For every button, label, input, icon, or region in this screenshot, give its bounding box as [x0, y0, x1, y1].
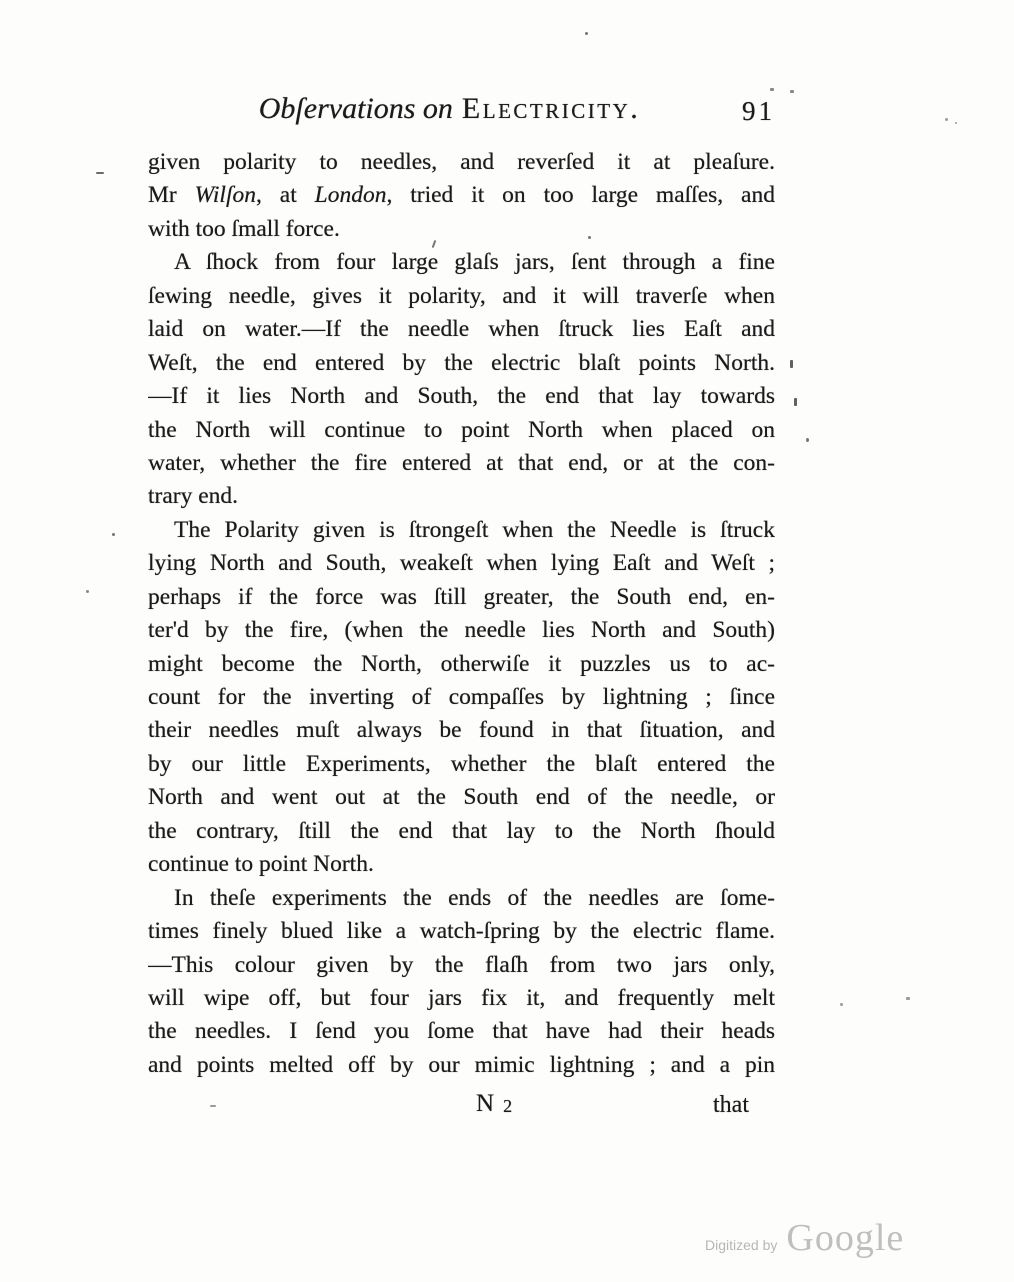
- page-number: 91: [742, 96, 775, 127]
- text-segment: the North will continue to point North w…: [148, 417, 775, 443]
- ink-speck: [210, 1105, 216, 1107]
- text-block: given polarity to needles, and reverſed …: [148, 146, 775, 1082]
- text-line: times finely blued like a watch-ſpring b…: [148, 915, 775, 948]
- text-line: might become the North, otherwiſe it puz…: [148, 648, 775, 681]
- ink-speck: [96, 172, 104, 174]
- ink-speck: [955, 122, 957, 124]
- text-segment: Weſt, the end entered by the electric bl…: [148, 350, 775, 376]
- text-segment: , tried it on too large maſſes, and: [386, 182, 775, 208]
- text-line: continue to point North.: [148, 848, 775, 881]
- text-line: —If it lies North and South, the end tha…: [148, 380, 775, 413]
- ink-speck: [112, 533, 115, 536]
- italic-text-segment: London: [315, 182, 387, 208]
- text-line: Weſt, the end entered by the electric bl…: [148, 347, 775, 380]
- running-title-italic: Obſervations on: [259, 92, 453, 125]
- text-segment: ter'd by the fire, (when the needle lies…: [148, 617, 775, 643]
- text-segment: the contrary, ſtill the end that lay to …: [148, 818, 775, 844]
- ink-speck: [945, 118, 948, 121]
- ink-speck: [840, 1003, 843, 1006]
- text-segment: lying North and South, weakeſt when lyin…: [148, 550, 775, 576]
- text-segment: their needles muſt always be found in th…: [148, 717, 775, 743]
- google-logo: Google: [786, 1216, 904, 1260]
- signature-line: N2 that: [148, 1090, 775, 1126]
- text-line: trary end.: [148, 480, 775, 513]
- text-line: laid on water.—If the needle when ſtruck…: [148, 313, 775, 346]
- text-segment: the needles. I ſend you ſome that have h…: [148, 1018, 775, 1044]
- text-segment: —This colour given by the flaſh from two…: [148, 952, 775, 978]
- ink-speck: [86, 590, 89, 593]
- text-segment: given polarity to needles, and reverſed …: [148, 149, 775, 175]
- page-header: Obſervations onElectricity. 91: [148, 92, 775, 134]
- text-line: given polarity to needles, and reverſed …: [148, 146, 775, 179]
- catchword: that: [713, 1092, 749, 1119]
- ink-speck: [585, 32, 588, 35]
- ink-speck: [790, 90, 794, 93]
- ink-speck: [806, 438, 809, 442]
- ink-speck: [790, 360, 793, 368]
- text-line: count for the inverting of compaſſes by …: [148, 681, 775, 714]
- text-line: —This colour given by the flaſh from two…: [148, 949, 775, 982]
- text-line: the contrary, ſtill the end that lay to …: [148, 815, 775, 848]
- text-segment: The Polarity given is ſtrongeſt when the…: [174, 517, 775, 543]
- ink-speck: [770, 88, 774, 91]
- text-segment: and points melted off by our mimic light…: [148, 1052, 775, 1078]
- text-segment: continue to point North.: [148, 851, 374, 877]
- ink-speck: [794, 398, 797, 406]
- text-segment: laid on water.—If the needle when ſtruck…: [148, 316, 775, 342]
- text-segment: will wipe off, but four jars fix it, and…: [148, 985, 775, 1011]
- signature-mark: N2: [476, 1090, 514, 1118]
- text-line: Mr Wilſon, at London, tried it on too la…: [148, 179, 775, 212]
- text-line: perhaps if the force was ſtill greater, …: [148, 581, 775, 614]
- text-line: water, whether the fire entered at that …: [148, 447, 775, 480]
- text-segment: trary end.: [148, 483, 238, 509]
- text-segment: In theſe experiments the ends of the nee…: [174, 885, 775, 911]
- text-segment: water, whether the fire entered at that …: [148, 450, 775, 476]
- text-line: will wipe off, but four jars fix it, and…: [148, 982, 775, 1015]
- italic-text-segment: Wilſon: [195, 182, 256, 208]
- text-segment: perhaps if the force was ſtill greater, …: [148, 584, 775, 610]
- text-line: ſewing needle, gives it polarity, and it…: [148, 280, 775, 313]
- text-line: the North will continue to point North w…: [148, 414, 775, 447]
- text-segment: Mr: [148, 182, 195, 208]
- text-segment: by our little Experiments, whether the b…: [148, 751, 775, 777]
- text-segment: with too ſmall force.: [148, 216, 340, 242]
- text-line: A ſhock from four large glaſs jars, ſent…: [148, 246, 775, 279]
- text-segment: North and went out at the South end of t…: [148, 784, 775, 810]
- ink-speck: [906, 997, 910, 1000]
- text-line: North and went out at the South end of t…: [148, 781, 775, 814]
- text-line: with too ſmall force.: [148, 213, 775, 246]
- text-line: their needles muſt always be found in th…: [148, 714, 775, 747]
- text-line: The Polarity given is ſtrongeſt when the…: [148, 514, 775, 547]
- text-segment: —If it lies North and South, the end tha…: [148, 383, 775, 409]
- text-segment: A ſhock from four large glaſs jars, ſent…: [174, 249, 775, 275]
- text-segment: ſewing needle, gives it polarity, and it…: [148, 283, 775, 309]
- text-segment: count for the inverting of compaſſes by …: [148, 684, 775, 710]
- digitized-by-google-watermark: Digitized by Google: [705, 1216, 904, 1260]
- text-segment: might become the North, otherwiſe it puz…: [148, 651, 775, 677]
- running-title-caps: Electricity.: [462, 92, 640, 125]
- text-line: and points melted off by our mimic light…: [148, 1049, 775, 1082]
- text-line: the needles. I ſend you ſome that have h…: [148, 1015, 775, 1048]
- text-line: ter'd by the fire, (when the needle lies…: [148, 614, 775, 647]
- text-line: lying North and South, weakeſt when lyin…: [148, 547, 775, 580]
- text-line: by our little Experiments, whether the b…: [148, 748, 775, 781]
- text-line: In theſe experiments the ends of the nee…: [148, 882, 775, 915]
- digitized-by-label: Digitized by: [705, 1237, 777, 1253]
- text-segment: times finely blued like a watch-ſpring b…: [148, 918, 775, 944]
- text-segment: , at: [256, 182, 315, 208]
- book-page-scan: Obſervations onElectricity. 91 given pol…: [0, 0, 1014, 1282]
- running-title: Obſervations onElectricity.: [136, 92, 763, 126]
- ink-speck: [588, 236, 591, 239]
